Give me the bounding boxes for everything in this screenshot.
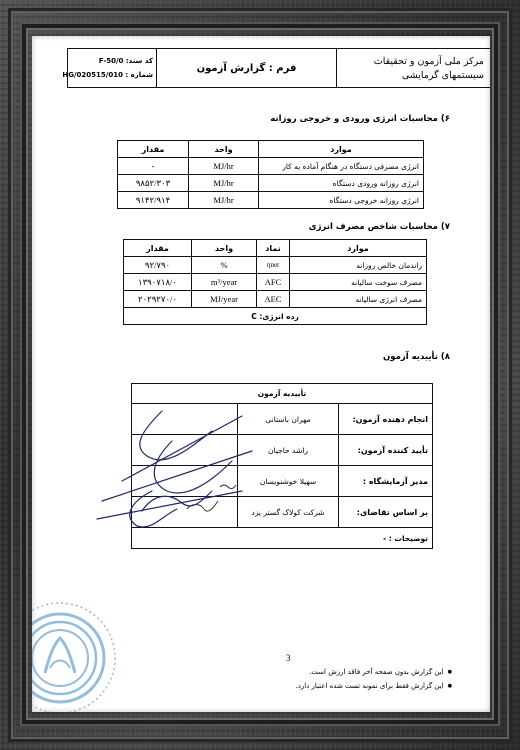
table-row: انرژی روزانه ورودی دستگاه MJ/hr ۹۸۵۲/۳۰۳ <box>118 175 424 192</box>
energy-index-table: موارد نماد واحد مقدار راندمان خالص روزان… <box>123 239 427 325</box>
approval-row: مدیر آزمایشگاه : سهیلا خوشنویسان <box>132 466 433 497</box>
signature-cell <box>132 435 238 466</box>
table-header-row: موارد واحد مقدار <box>118 141 424 158</box>
col-value: مقدار <box>118 141 189 158</box>
doc-code-value: F-50/0 <box>99 57 124 65</box>
row-value: ۹۱۴۲/۹۱۴ <box>118 192 189 209</box>
approval-row: انجام دهنده آزمون: مهران باستانی <box>132 404 433 435</box>
table-row: راندمان خالص روزانه ηnet % ۹۲/۷۹۰ <box>124 257 427 274</box>
approval-name: سهیلا خوشنویسان <box>238 466 339 497</box>
approval-label: تأیید کننده آزمون: <box>339 435 433 466</box>
row-unit: MJ/year <box>192 291 257 308</box>
row-symbol: AFC <box>257 274 290 291</box>
row-value: ۹۲/۷۹۰ <box>124 257 192 274</box>
approval-label: انجام دهنده آزمون: <box>339 404 433 435</box>
approval-row: بر اساس تقاضای: شرکت کولاک گستر یزد <box>132 497 433 528</box>
approval-title-row: تأییدیه آزمون <box>132 384 433 404</box>
row-item: انرژی روزانه خروجی دستگاه <box>259 192 424 209</box>
row-unit: m³/year <box>192 274 257 291</box>
table-row: مصرف انرژی سالیانه AEC MJ/year ۲۰۲۹۲۷۰/۰ <box>124 291 427 308</box>
daily-energy-table: موارد واحد مقدار انرژی مصرفی دستگاه در ه… <box>117 140 424 209</box>
official-stamp-icon <box>32 598 120 712</box>
table-row: مصرف سوخت سالیانه AFC m³/year ۱۳۹۰۷۱۸/۰ <box>124 274 427 291</box>
table-row: انرژی مصرفی دستگاه در هنگام آماده به کار… <box>118 158 424 175</box>
row-unit: MJ/hr <box>189 192 259 209</box>
doc-code-label: کد سند: <box>126 57 153 65</box>
row-unit: % <box>192 257 257 274</box>
doc-number-row: شماره : HG/020515/010 <box>62 71 153 79</box>
col-items: موارد <box>259 141 424 158</box>
doc-code-row: کد سند: F-50/0 <box>99 57 153 65</box>
row-unit: MJ/hr <box>189 175 259 192</box>
col-value: مقدار <box>124 240 192 257</box>
approval-row: تأیید کننده آزمون: راشد حاجیان <box>132 435 433 466</box>
row-item: راندمان خالص روزانه <box>290 257 427 274</box>
row-symbol: ηnet <box>257 257 290 274</box>
approval-table-title: تأییدیه آزمون <box>132 384 433 404</box>
notes-row: توضیحات : - <box>132 528 433 549</box>
col-unit: واحد <box>189 141 259 158</box>
approval-name: مهران باستانی <box>238 404 339 435</box>
row-value: ۲۰۲۹۲۷۰/۰ <box>124 291 192 308</box>
org-line-1: مرکز ملی آزمون و تحقیقات <box>347 56 484 67</box>
row-item: انرژی مصرفی دستگاه در هنگام آماده به کار <box>259 158 424 175</box>
row-item: مصرف سوخت سالیانه <box>290 274 427 291</box>
row-unit: MJ/hr <box>189 158 259 175</box>
table-header-row: موارد نماد واحد مقدار <box>124 240 427 257</box>
section-7-title: ۷) محاسبات شاخص مصرف انرژی <box>309 222 450 232</box>
approval-name: راشد حاجیان <box>238 435 339 466</box>
signature-cell <box>132 404 238 435</box>
form-title: فرم : گزارش آزمون <box>157 49 337 87</box>
org-line-2: سیستمهای گرمایشی <box>347 70 484 81</box>
energy-class-row: رده انرژی: C <box>124 308 427 325</box>
approval-name: شرکت کولاک گستر یزد <box>238 497 339 528</box>
approval-table: تأییدیه آزمون انجام دهنده آزمون: مهران ب… <box>131 383 433 549</box>
row-value: - <box>118 158 189 175</box>
col-symbol: نماد <box>257 240 290 257</box>
signature-cell <box>132 497 238 528</box>
row-symbol: AEC <box>257 291 290 308</box>
footer-notes: این گزارش بدون صفحه آخر فاقد ارزش است. ا… <box>296 665 452 693</box>
organization-name: مرکز ملی آزمون و تحقیقات سیستمهای گرمایش… <box>337 49 490 87</box>
energy-class: رده انرژی: C <box>124 308 427 325</box>
doc-number-label: شماره : <box>125 71 153 79</box>
document-header: کد سند: F-50/0 شماره : HG/020515/010 فرم… <box>67 48 490 88</box>
header-codes: کد سند: F-50/0 شماره : HG/020515/010 <box>68 49 157 87</box>
doc-number-value: HG/020515/010 <box>62 71 123 79</box>
table-row: انرژی روزانه خروجی دستگاه MJ/hr ۹۱۴۲/۹۱۴ <box>118 192 424 209</box>
col-items: موارد <box>290 240 427 257</box>
page-number: 3 <box>286 653 291 663</box>
row-value: ۱۳۹۰۷۱۸/۰ <box>124 274 192 291</box>
signature-cell <box>132 466 238 497</box>
approval-notes: توضیحات : - <box>132 528 433 549</box>
approval-label: بر اساس تقاضای: <box>339 497 433 528</box>
col-unit: واحد <box>192 240 257 257</box>
row-value: ۹۸۵۲/۳۰۳ <box>118 175 189 192</box>
approval-label: مدیر آزمایشگاه : <box>339 466 433 497</box>
row-item: انرژی روزانه ورودی دستگاه <box>259 175 424 192</box>
footer-note: این گزارش بدون صفحه آخر فاقد ارزش است. <box>296 665 452 679</box>
row-item: مصرف انرژی سالیانه <box>290 291 427 308</box>
section-6-title: ۶) محاسبات انرژی ورودی و خروجی روزانه <box>270 114 450 124</box>
document-page: کد سند: F-50/0 شماره : HG/020515/010 فرم… <box>32 36 490 712</box>
footer-note: این گزارش فقط برای نمونه تست شده اعتبار … <box>296 679 452 693</box>
section-8-title: ۸) تأییدیه آزمون <box>383 352 450 362</box>
